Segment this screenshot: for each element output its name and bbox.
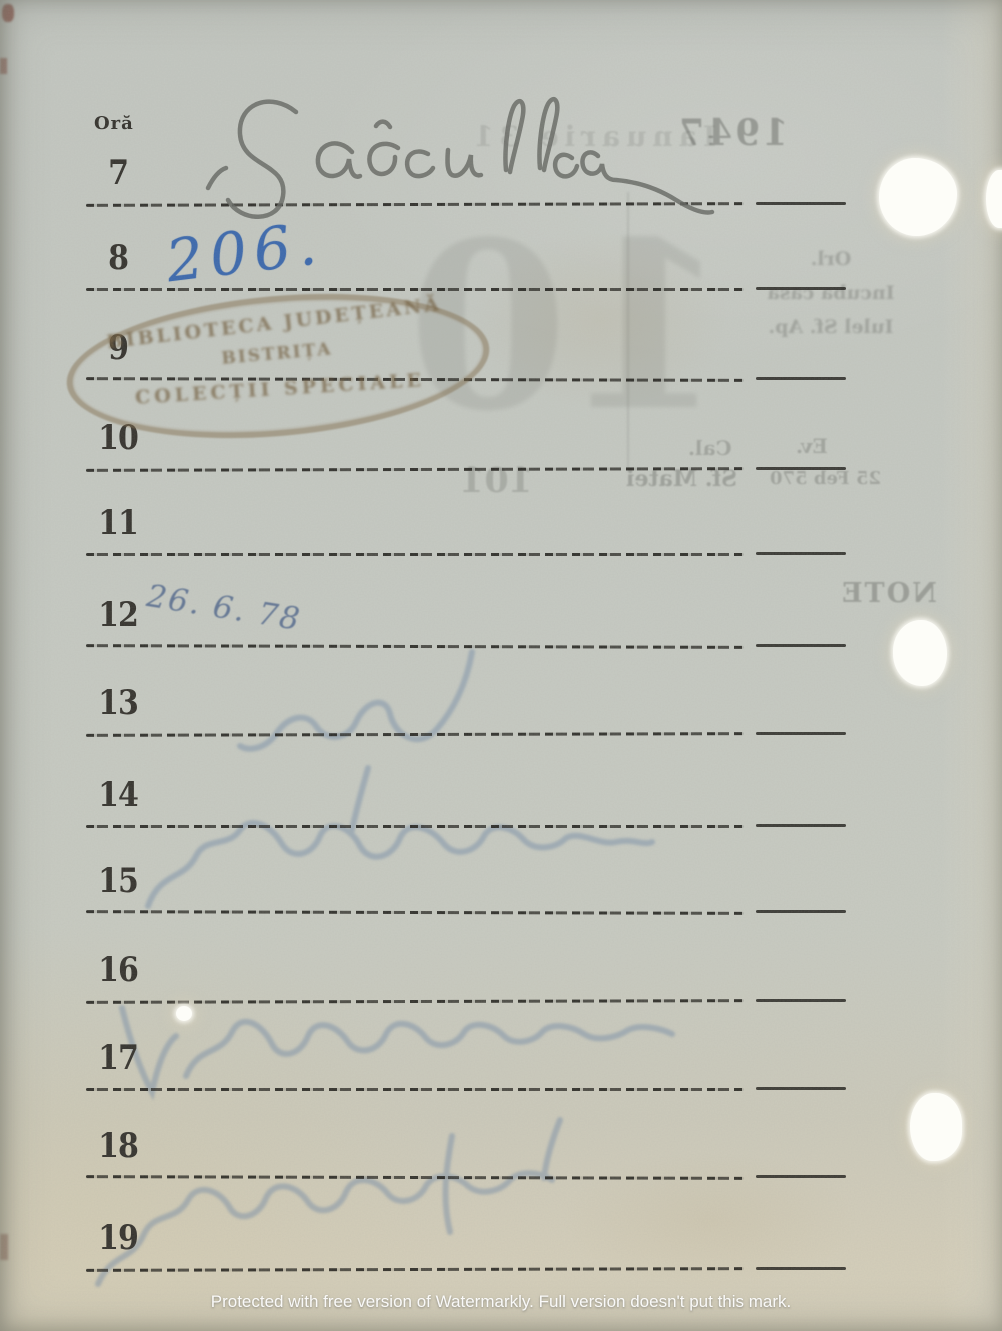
- edge-mark: [0, 1234, 8, 1260]
- showthrough-note-label: NOTE: [840, 578, 937, 609]
- showthrough-right-column-line: Iulel Sf. Ap.: [756, 310, 906, 344]
- showthrough-right-column-line: Incuba casa: [756, 276, 906, 310]
- rule-line-solid: [756, 644, 846, 647]
- watermark-text: Protected with free version of Watermark…: [0, 1292, 1002, 1312]
- hour-label: 11: [96, 504, 140, 543]
- paper-hole: [893, 620, 947, 686]
- rule-line-solid: [756, 1175, 846, 1178]
- rule-line-solid: [756, 1087, 846, 1090]
- rule-line-solid: [756, 910, 846, 913]
- rule-line-dashed: [86, 1088, 744, 1091]
- rule-line-dashed: [86, 644, 744, 648]
- hour-label: 19: [96, 1219, 140, 1258]
- hour-label: 16: [96, 951, 140, 990]
- rule-line-solid: [756, 467, 846, 470]
- showthrough-right-column: Orl. Incuba casa Iulel Sf. Ap.: [756, 242, 906, 344]
- diary-page-scan: 1947 Ianuarie 31 10 101 Orl. Incuba casa…: [0, 0, 1002, 1331]
- rule-line-dashed: [86, 732, 744, 736]
- hour-label: 18: [96, 1127, 140, 1166]
- ink-entry-hour12: 26. 6. 78: [144, 578, 304, 638]
- showthrough-right-column-line: Orl.: [756, 242, 906, 276]
- hour-label: 8: [96, 239, 140, 278]
- rule-line-solid: [756, 552, 846, 555]
- hour-label: 7: [96, 154, 140, 193]
- hour-label: 14: [96, 776, 140, 815]
- rule-line-dashed: [86, 825, 744, 828]
- rule-line-solid: [756, 999, 846, 1002]
- hour-column-header: Oră: [94, 113, 134, 134]
- rule-line-solid: [756, 732, 846, 735]
- showthrough-ev-ref: 25 Feb 570: [770, 468, 881, 489]
- showthrough-cal-label: Cal.: [688, 436, 731, 460]
- paper-hole: [879, 158, 957, 236]
- verso-squiggle-2: [148, 768, 652, 906]
- hour-label: 17: [96, 1039, 140, 1078]
- verso-squiggle-3: [122, 1008, 672, 1092]
- rule-line-dashed: [86, 1175, 744, 1179]
- rule-line-solid: [756, 287, 846, 290]
- rule-line-dashed: [86, 553, 744, 556]
- showthrough-month-line: Ianuarie 31: [468, 120, 716, 153]
- paper-hole-small: [176, 1006, 192, 1021]
- edge-mark: [0, 58, 7, 74]
- corner-mark: [2, 4, 14, 22]
- rule-line-dashed: [86, 999, 744, 1003]
- rule-line-solid: [756, 202, 846, 205]
- showthrough-ev-label: Ev.: [796, 434, 828, 458]
- paper-hole-edge: [986, 170, 1002, 228]
- rule-line-solid: [756, 1267, 846, 1270]
- showthrough-page-number: 101: [460, 460, 533, 501]
- verso-squiggle-4: [98, 1120, 560, 1284]
- hour-label: 13: [96, 684, 140, 723]
- paper-hole: [910, 1093, 962, 1161]
- foxing-stain: [470, 230, 730, 410]
- hour-label: 15: [96, 862, 140, 901]
- hour-label: 12: [96, 596, 140, 635]
- rule-line-solid: [756, 377, 846, 380]
- rule-line-solid: [756, 824, 846, 827]
- rule-line-dashed: [86, 910, 744, 914]
- ink-entry-hour8: 206.: [162, 209, 326, 296]
